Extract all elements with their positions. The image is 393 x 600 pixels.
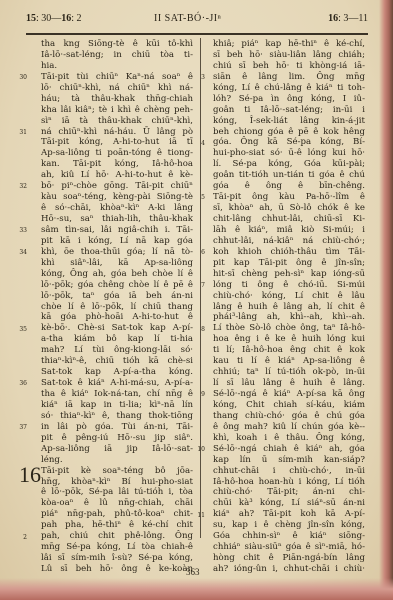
text-line: mah? Lí tùi ông-kiong-lāi só· <box>41 345 193 356</box>
text-line: kóng, Î-sek-liát lâng kin-á-jit <box>213 116 365 127</box>
text-line: lō·-pōk, taⁿ góa iā beh án-ni <box>41 291 193 302</box>
text-line: pit kā i kóng, Lí nā kap góa <box>41 236 193 247</box>
verse-number: 11 <box>191 511 205 522</box>
text-line: bō· piⁿ-chòe gōng. Tāi-pit chiūⁿ <box>41 181 193 192</box>
header-right-verses: : 3—11 <box>338 13 368 24</box>
text-line: beh chiong góa ê pē ê kok hêng <box>213 127 365 138</box>
verse-number: 4 <box>191 139 205 150</box>
text-line: Tāi-pit tùi chiūⁿ Kaⁿ-ná soaⁿ ê <box>41 72 193 83</box>
text-line: lí. Sé-pa kóng, Góa kūi-pài; <box>213 159 365 170</box>
text-line: goân ti Iâ-lō·-sat-léng; in-ūi i <box>213 105 365 116</box>
header-left-reference: 15: 30—16: 2 <box>26 13 82 24</box>
text-line: chhut-chāi i chiù-chó·, in-ūi <box>213 466 365 477</box>
chapter-number: 16 <box>19 464 41 486</box>
text-line: Tāi-pit ông kàu Pa-hō·-lîm ê <box>213 192 365 203</box>
text-line: chiú sī beh hō· ti khòng-iá iā- <box>213 61 365 72</box>
text-line: kha lâi kiâⁿ; tè i khì ê chèng peh- <box>41 105 193 116</box>
text-line: lí sī lâu lâng ê huih ê lâng. <box>213 378 365 389</box>
text-line: Iâ-hô-hoa hoan-hù i kóng, Lí tióh <box>213 477 365 488</box>
text-line: khì, koah i ê thâu. Ông kóng, <box>213 433 365 444</box>
text-line: pit ê pêng-iú Hō·-su jip siâⁿ. <box>41 433 193 444</box>
text-line: kau ti lí ê kiáⁿ Ap-sa-liông ê <box>213 356 365 367</box>
text-line: Góa chhin-sìⁿ ê kiáⁿ siōng- <box>213 531 365 542</box>
right-text-column: khiâ; piáⁿ kap hē-thiⁿ ê ké-chí,sī beh h… <box>213 39 365 575</box>
text-line: só· thiaⁿ-kìⁿ ê, thang thok-tiōng <box>41 411 193 422</box>
text-line: Tāi-pit kóng, A-hi-to-hut iā tī <box>41 137 193 148</box>
text-line: kap lín ū sím-mih kan-siáp? <box>213 455 365 466</box>
header-right-reference: 16: 3—11 <box>328 13 368 24</box>
text-line: su, kap i ê chèng jîn-sîn kóng, <box>213 520 365 531</box>
header-left-range: : 30— <box>36 13 61 24</box>
text-line: kiáⁿ iā kap in ti-lia; kìⁿ-nā lín <box>41 400 193 411</box>
text-line: sī, khòaⁿ ah, ū Sò-lô chók ê ke <box>213 203 365 214</box>
text-line: goân tit-tióh un-tián ti góa ê chú <box>213 170 365 181</box>
text-line: Lí thòe Sò-lô chòe ông, taⁿ Iâ-hô- <box>213 323 365 334</box>
text-line: kan. Tāi-pit kóng, Iâ-hô-hoa <box>41 159 193 170</box>
page-number: 363 <box>186 567 200 577</box>
text-line: kóng, Chit chiah sí-káu, kiám <box>213 400 365 411</box>
text-line: kā góa phò-hoāi A-hi-to-hut ê <box>41 312 193 323</box>
text-line: a-tha kiám bô kap lí ti-hia <box>41 334 193 345</box>
page-edge-stain-bottom <box>0 578 393 600</box>
text-line: Sat-tok kap A-pí-a-tha kóng. <box>41 367 193 378</box>
text-line: ah, kiû Lí hō· A-hi-to-hut ê kè- <box>41 170 193 181</box>
running-header: 15: 30—16: 2 II SAT-BÓ·-JIⁿ 16: 3—11 <box>26 13 368 27</box>
text-line: lāh ê kiáⁿ, miâ kiò Si-múi; i <box>213 225 365 236</box>
text-line: kiáⁿ ah? Tāi-pit koh kā A-pí- <box>213 509 365 520</box>
text-line: hòng chit ê Piān-ngá-bín lâng <box>213 553 365 564</box>
text-line: chiù-chó· kóng, Lí chit ê lâu <box>213 291 365 302</box>
verse-number: 31 <box>13 128 27 139</box>
text-line: Ap-sa-liông iā jip Iâ-lō·-sat- <box>41 444 193 455</box>
text-line: chhut-lâi, ná-kiâⁿ ná chiù-chó·; <box>213 236 365 247</box>
text-line: ê ông mah? kiû lí chún góa kè-- <box>213 422 365 433</box>
text-line: tha kng Siōng-tè ê kūi tô-khì <box>41 39 193 50</box>
verse-number: 7 <box>191 281 205 292</box>
text-line: mn̄g Sé-pa kóng, Lí tòa chiah-ê <box>41 542 193 553</box>
verse-number: 6 <box>191 248 205 259</box>
text-line: phái³-lâng ah, khì--ah, khì--ah. <box>213 312 365 323</box>
text-line: lō·-pōk; góa chêng chòe lí ê pē ê <box>41 280 193 291</box>
text-line: góa ê ông ê bīn-chêng. <box>213 181 365 192</box>
text-line: lō· chiūⁿ-khì, ná chiūⁿ khì ná- <box>41 83 193 94</box>
header-right-chapter: 16 <box>328 13 338 24</box>
text-line: Iâ-lō·-sat-léng; in chiū tòa ti- <box>41 50 193 61</box>
text-line: Sé-lō·-ngá chiah ê kiáⁿ ah, góa <box>213 444 365 455</box>
header-rule <box>26 33 368 35</box>
verse-number: 36 <box>13 379 27 390</box>
page-edge-stain-right <box>379 0 393 600</box>
text-line: léng. <box>41 455 193 466</box>
text-line: hit-sī chèng peh-sìⁿ kap ióng-sū <box>213 269 365 280</box>
text-line: in lâi pò góa. Tùi án-ni, Tāi- <box>41 422 193 433</box>
text-line: hui-pho-siat só· ū-ê lóng kui hō· <box>213 148 365 159</box>
text-line: Lû sī beh hō· ông ê ke-koàn <box>41 564 193 575</box>
verse-number: 5 <box>191 193 205 204</box>
text-line: Ap-sa-liông ti poān-tóng ê tiong- <box>41 148 193 159</box>
text-line: háu; tà thâu-khak thn̄g-chiah <box>41 94 193 105</box>
verse-number: 37 <box>13 423 27 434</box>
verse-number: 10 <box>191 445 205 456</box>
text-line: pit kap Tāi-pit ông ê jîn-sîn; <box>213 258 365 269</box>
text-line: siān ê lâng lim. Ông mn̄g <box>213 72 365 83</box>
text-line: hoa êng i ê ke ê huih lóng kui <box>213 334 365 345</box>
text-line: hia. <box>41 61 193 72</box>
text-line: kàu soaⁿ-téng, kèng-pài Siōng-tè <box>41 192 193 203</box>
text-line: piáⁿ nn̄g-pah, phû-tô-koaⁿ chit- <box>41 509 193 520</box>
left-text-column: tha kng Siōng-tè ê kūi tô-khìIâ-lō·-sat-… <box>41 39 193 575</box>
text-line: ê lō·-pōk, Sé-pa lâi tú-tióh i, tòa <box>41 487 193 498</box>
header-left-verse-end: : 2 <box>71 13 81 24</box>
text-line: koh khioh chióh-thâu tìm Tāi- <box>213 247 365 258</box>
text-line: Sat-tok ê kiáⁿ A-hi-má-su, A-pí-a- <box>41 378 193 389</box>
text-line: ti lí; Iâ-hô-hoa êng chit ê kok <box>213 345 365 356</box>
header-left-chapter-start: 15 <box>26 13 36 24</box>
text-line: khì, ōe thoa-thūi góa; lí nā tò- <box>41 247 193 258</box>
text-line: ê só·-chāi, khòaⁿ-kìⁿ A-ki lâng <box>41 203 193 214</box>
text-line: khiâ; piáⁿ kap hē-thiⁿ ê ké-chí, <box>213 39 365 50</box>
verse-number: 33 <box>13 226 27 237</box>
verse-number: 34 <box>13 248 27 259</box>
verse-number: 3 <box>191 73 205 84</box>
text-line: thiaⁿ-kìⁿ-ê, chiū tióh kā chè-si <box>41 356 193 367</box>
text-line: Hō·-su, saⁿ thiah-lih, thâu-khak <box>41 214 193 225</box>
text-line: chòe lí ê lō·-pōk, lí chiū thang <box>41 302 193 313</box>
text-line: ah? ióng-ûn i, chhut-chāi i chiù· <box>213 564 365 575</box>
text-line: chhiáⁿ siàu-siūⁿ góa ê sìⁿ-miā, hó- <box>213 542 365 553</box>
text-line: kè-bō·. Chè-si Sat-tok kap A-pí- <box>41 323 193 334</box>
text-line: kóng, Lí ê chú-lâng ê kiáⁿ ti toh- <box>213 83 365 94</box>
text-line: chit-lâng chhut-lâi, chiū-sī Ki- <box>213 214 365 225</box>
text-line: thang chiù-chó· góa ê chú góa <box>213 411 365 422</box>
text-line: góa. Ông kā Sé-pa kóng, Bí- <box>213 137 365 148</box>
verse-number: 9 <box>191 390 205 401</box>
header-left-chapter-end: 16 <box>61 13 71 24</box>
text-line: Sé-lō·-ngá ê kiáⁿ A-pí-sa kā ông <box>213 389 365 400</box>
book-title: II SAT-BÓ·-JIⁿ <box>154 13 221 24</box>
text-line: chūi kà³ kóng, Lí siáⁿ-sū án-ni <box>213 498 365 509</box>
text-line: ná chiūⁿ-khì ná-háu. Ū lâng pò <box>41 127 193 138</box>
verse-number: 8 <box>191 325 205 336</box>
text-line: pah, chiú chit phê-lông. Ông <box>41 531 193 542</box>
text-line: kóng, Ông ah, góa beh chòe lí ê <box>41 269 193 280</box>
verse-number: 35 <box>13 325 27 336</box>
text-line: lâng ê huih ê lâng ah, lí chit ê <box>213 302 365 313</box>
text-line: kòa-oaⁿ ê lû nn̄g-chiah, chāi <box>41 498 193 509</box>
text-line: sâm tìn-sai, lâi ngiâ-chih i. Tāi- <box>41 225 193 236</box>
text-line: chhiú; taⁿ lí tú-tióh ok-pò, in-ūi <box>213 367 365 378</box>
verse-number: 30 <box>13 73 27 84</box>
text-line: tha ê kiáⁿ Iok-ná-tan, chí nn̄g ê <box>41 389 193 400</box>
text-line: chiù-chó· Tāi-pit; án-ni chi- <box>213 487 365 498</box>
text-line: Tāi-pit kè soaⁿ-téng bô jōa- <box>41 466 193 477</box>
scanned-page: 15: 30—16: 2 II SAT-BÓ·-JIⁿ 16: 3—11 tha… <box>0 0 393 600</box>
text-line: lóng ti ông ê chó-iū. Si-múi <box>213 280 365 291</box>
text-line: lâi sī sím-mih î-sù? Sé-pa kóng, <box>41 553 193 564</box>
verse-number: 2 <box>13 533 27 544</box>
text-line: pah pha, hē-thiⁿ ê ké-chí chit <box>41 520 193 531</box>
text-line: lóh? Sé-pa ìn ông kóng, I iû- <box>213 94 365 105</box>
text-line: khì siâⁿ-lâi, kā Ap-sa-liông <box>41 258 193 269</box>
text-line: sìⁿ iā tà thâu-khak chiūⁿ-khì, <box>41 116 193 127</box>
text-line: sī beh hō· siàu-liân lâng chiáh; <box>213 50 365 61</box>
text-line: hn̄g, khòaⁿ-kìⁿ Bí hui-pho-siat <box>41 477 193 488</box>
verse-number: 32 <box>13 182 27 193</box>
